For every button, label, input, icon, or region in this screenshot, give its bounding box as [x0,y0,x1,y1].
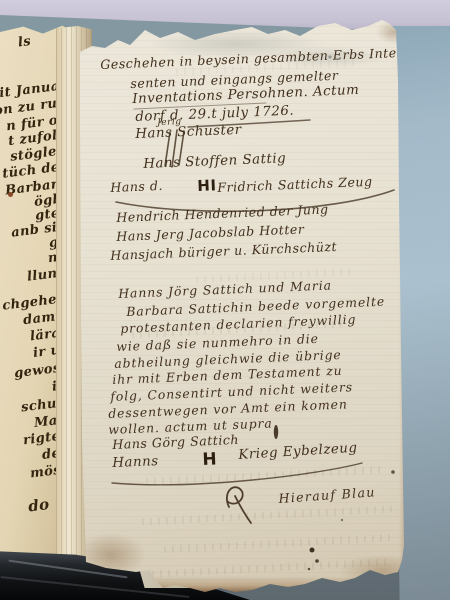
manuscript-text-layer: Geschehen in beysein gesambten Erbs Inte… [76,20,406,594]
main-manuscript-page: Geschehen in beysein gesambten Erbs Inte… [76,20,406,594]
hand-mark: H [202,449,218,470]
hand-mark: HI [197,176,217,195]
left-page-fragment: do [27,495,50,515]
witness-name: Hans d. [110,178,163,195]
photo-scene: ls it Januar tion zu rud n für ob t zufo… [0,0,450,600]
signature: Krieg Eybelzeug [238,441,358,463]
signature: Hanns [112,454,159,471]
witness-name: Hans Schuster [135,123,242,142]
witness-name: Fridrich Sattichs Zeug [217,174,373,195]
heading-line: Geschehen in beysein gesambten Erbs Inte… [100,44,423,72]
countersignature: Hierauf Blau [278,484,376,506]
left-page-fragment: ls [17,34,32,50]
ink-stain-dot [8,192,13,197]
witness-name: Hans Stoffen Sattig [143,151,287,172]
